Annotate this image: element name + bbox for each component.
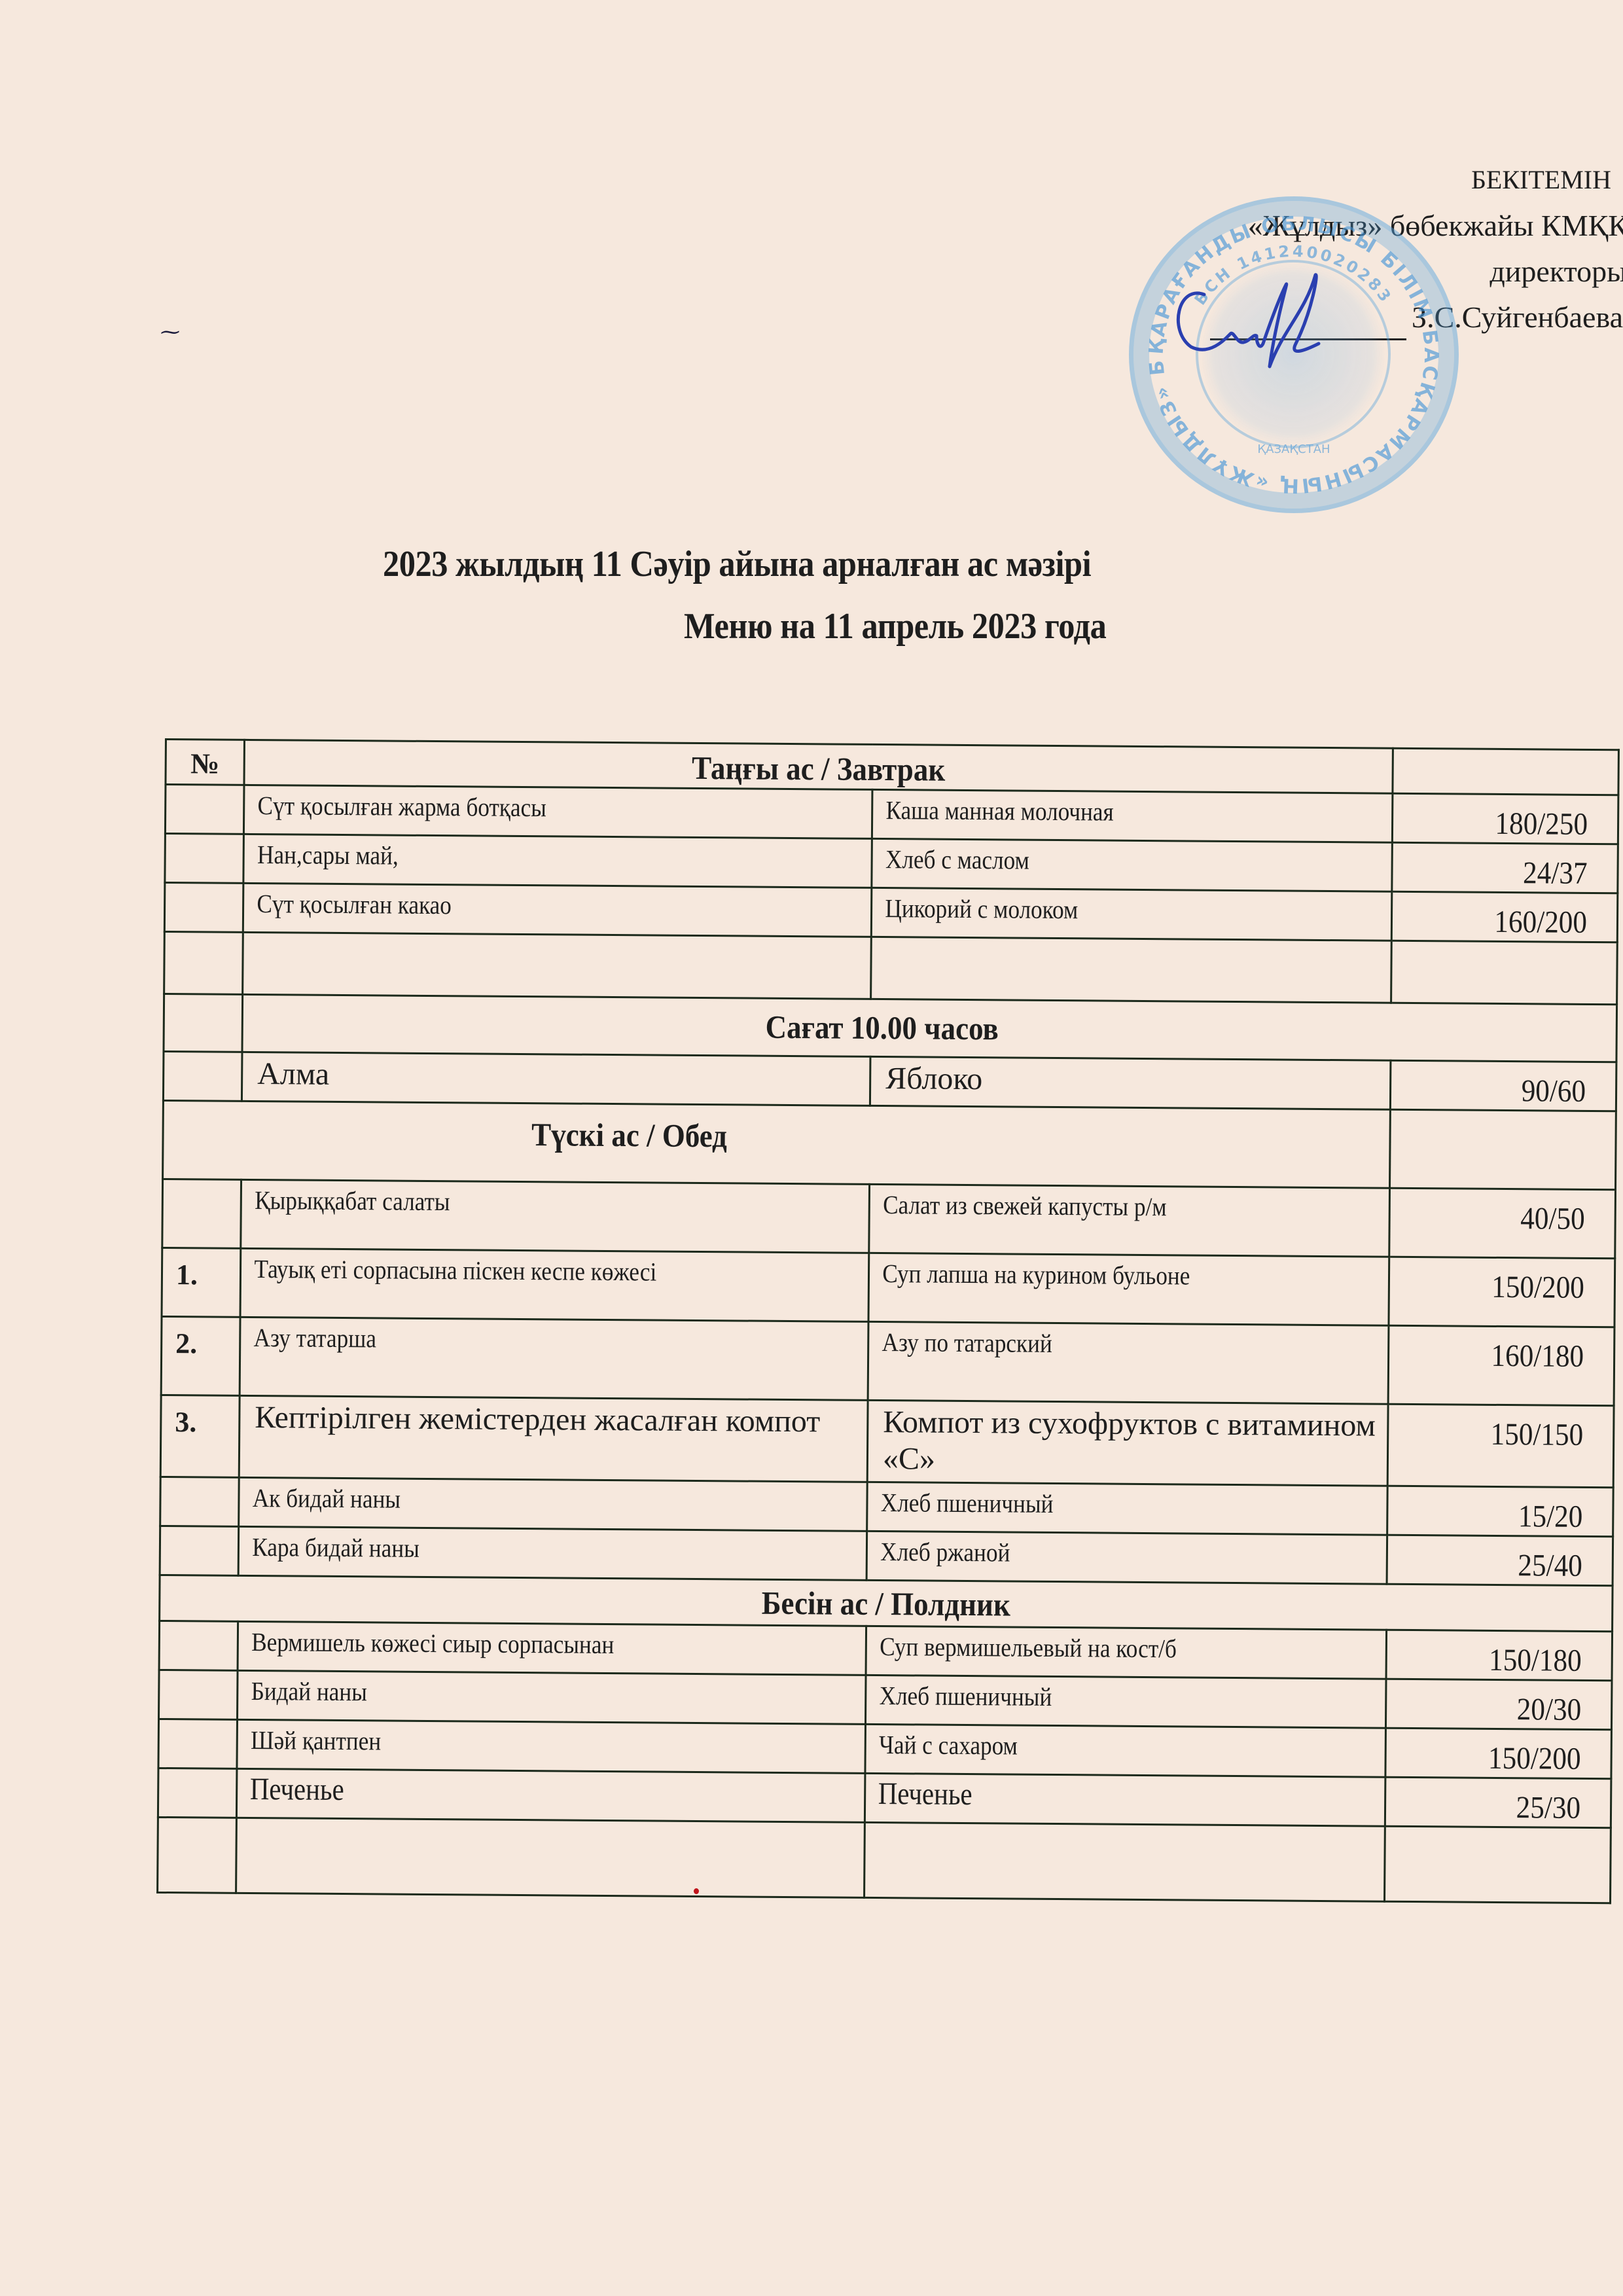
dish-ru-cell: Хлеб пшеничный (865, 1675, 1386, 1728)
dish-ru-text: Хлеб ржаной (868, 1532, 1324, 1572)
num-text (164, 1180, 240, 1190)
dish-ru-text: Хлеб пшеничный (868, 1483, 1324, 1523)
dish-kz-cell: Кара бидай наны (238, 1526, 867, 1580)
dish-kz-cell: Сүт қосылған какао (243, 883, 872, 937)
dish-kz-cell: Бидай наны (238, 1670, 866, 1724)
num-text (166, 933, 242, 942)
num-text (160, 1720, 236, 1730)
num-text (166, 884, 242, 893)
menu-row: Қырыққабат салатыСалат из свежей капусты… (162, 1179, 1616, 1258)
dish-kz-cell: Тауық еті сорпасына піскен кеспе көжесі (240, 1248, 869, 1321)
weight-text: 150/200 (1412, 1258, 1614, 1306)
num-text (166, 834, 243, 844)
snack-header-row: Сағат 10.00 часов (164, 994, 1617, 1062)
dish-ru-cell: Салат из свежей капусты р/м (869, 1184, 1390, 1257)
dish-ru-cell: Азу по татарский (868, 1321, 1389, 1404)
weight-text: 160/200 (1415, 893, 1616, 941)
dish-kz-text: Кептірілген жемістерден жасалған компот (240, 1397, 866, 1441)
num-cell: 3. (160, 1395, 240, 1477)
weight-cell: 90/60 (1390, 1060, 1616, 1111)
weight-text: 20/30 (1409, 1680, 1611, 1729)
dish-kz-cell (236, 1818, 865, 1897)
weight-cell: 40/50 (1389, 1188, 1616, 1259)
weight-text (1408, 1827, 1610, 1839)
dish-ru-text: Салат из свежей капусты р/м (870, 1185, 1327, 1225)
num-cell (162, 1179, 241, 1248)
weight-header-empty (1393, 748, 1618, 795)
menu-row: 1.Тауық еті сорпасына піскен кеспе көжес… (162, 1247, 1615, 1327)
weight-text: 25/40 (1410, 1536, 1612, 1585)
dish-kz-text: Азу татарша (241, 1318, 793, 1359)
dish-ru-cell (871, 937, 1392, 1003)
num-cell: 2. (161, 1316, 240, 1395)
menu-table: № Таңғы ас / Завтрак Сүт қосылған жарма … (156, 738, 1620, 1904)
dish-kz-text: Шәй қантпен (238, 1721, 790, 1761)
page-title-kz: 2023 жылдың 11 Сәуір айына арналған ас м… (383, 543, 1623, 585)
dish-kz-text: Сүт қосылған жарма ботқасы (245, 786, 796, 827)
dish-ru-cell: Чай с сахаром (865, 1724, 1386, 1777)
weight-empty (1390, 1109, 1616, 1190)
dish-ru-text: Каша манная молочная (873, 791, 1329, 831)
weight-cell (1391, 941, 1618, 1005)
num-cell (158, 1817, 237, 1893)
dish-ru-cell: Компот из сухофруктов с витамином «С» (867, 1400, 1388, 1486)
dish-ru-cell: Хлеб пшеничный (867, 1482, 1388, 1535)
weight-text: 150/180 (1410, 1631, 1611, 1679)
num-cell (163, 1051, 242, 1101)
num-cell (164, 994, 243, 1052)
num-text (159, 1818, 236, 1828)
dish-ru-cell: Хлеб ржаной (866, 1531, 1387, 1584)
num-cell (164, 883, 243, 933)
dish-ru-cell: Цикорий с молоком (871, 888, 1392, 941)
dish-ru-text: Чай с сахаром (866, 1725, 1323, 1765)
dish-ru-cell (865, 1822, 1385, 1901)
weight-cell: 20/30 (1385, 1679, 1612, 1730)
weight-text: 25/30 (1408, 1778, 1610, 1827)
dish-kz-text: Печенье (238, 1770, 770, 1810)
dish-ru-text: Компот из сухофруктов с витамином «С» (868, 1401, 1387, 1481)
dish-ru-text: Печенье (866, 1774, 1307, 1814)
dish-kz-cell: Қырыққабат салаты (241, 1179, 870, 1253)
dish-kz-cell: Вермишель көжесі сиыр сорпасынан (238, 1621, 866, 1675)
weight-text: 150/200 (1409, 1729, 1611, 1778)
weight-cell: 150/200 (1389, 1257, 1615, 1327)
weight-text: 15/20 (1410, 1487, 1612, 1535)
menu-table-wrap: № Таңғы ас / Завтрак Сүт қосылған жарма … (157, 738, 1618, 1837)
weight-cell: 25/40 (1387, 1535, 1613, 1586)
dish-ru-text: Цикорий с молоком (872, 889, 1329, 929)
dish-kz-text: Кара бидай наны (240, 1528, 791, 1568)
signature-icon (1165, 272, 1329, 396)
scan-artifact-mark: ⁓ (160, 321, 180, 344)
weight-text: 24/37 (1416, 844, 1617, 892)
weight-cell: 150/150 (1387, 1404, 1614, 1488)
num-text (159, 1769, 236, 1779)
weight-text (1415, 942, 1616, 954)
num-text (160, 1671, 236, 1681)
num-text: 2. (162, 1318, 239, 1361)
num-cell (165, 785, 244, 834)
dish-ru-text: Хлеб пшеничный (866, 1676, 1323, 1716)
page-title-ru: Меню на 11 апрель 2023 года (684, 605, 1623, 647)
weight-cell: 24/37 (1392, 842, 1618, 893)
weight-text: 160/180 (1412, 1327, 1613, 1375)
dish-kz-cell: Кептірілген жемістерден жасалған компот (239, 1395, 868, 1482)
menu-row: 2.Азу татарша Азу по татарский160/180 (161, 1316, 1614, 1405)
dish-ru-cell: Хлеб с маслом (872, 838, 1393, 891)
num-cell (159, 1621, 238, 1670)
dish-ru-cell: Суп вермишельевый на кост/б (866, 1626, 1387, 1679)
dish-kz-text: Вермишель көжесі сиыр сорпасынан (239, 1623, 791, 1663)
weight-cell: 150/180 (1386, 1630, 1613, 1681)
num-cell: 1. (162, 1247, 241, 1317)
num-header: № (166, 740, 245, 785)
num-text (166, 785, 243, 795)
weight-text: 180/250 (1416, 795, 1617, 843)
num-text (160, 1622, 237, 1632)
num-cell (160, 1477, 240, 1526)
num-text (161, 1527, 238, 1537)
dish-kz-cell (243, 932, 872, 999)
menu-row (164, 932, 1618, 1005)
lunch-header-row: Түскі ас / Обед (163, 1100, 1616, 1189)
dish-kz-cell: Печенье (236, 1768, 865, 1822)
menu-row (158, 1817, 1611, 1903)
num-text: 1. (163, 1249, 240, 1292)
num-cell (164, 932, 243, 995)
dish-ru-cell: Суп лапша на курином бульоне (868, 1253, 1389, 1325)
section-lunch: Түскі ас / Обед (163, 1100, 1391, 1188)
weight-cell: 150/200 (1385, 1728, 1612, 1779)
approval-heading: БЕКІТЕМІН (1126, 157, 1623, 203)
dish-ru-text: Азу по татарский (869, 1323, 1325, 1363)
dish-kz-cell: Нан,сары май, (243, 834, 872, 888)
dish-kz-text: Тауық еті сорпасына піскен кеспе көжесі (241, 1249, 793, 1290)
weight-cell (1385, 1826, 1611, 1903)
section-breakfast: Таңғы ас / Завтрак (244, 740, 1393, 793)
weight-cell: 180/250 (1392, 793, 1618, 844)
dish-kz-cell: Алма (241, 1052, 870, 1105)
weight-text: 90/60 (1414, 1062, 1615, 1110)
dish-kz-cell: Азу татарша (240, 1317, 868, 1400)
num-text (162, 1478, 238, 1488)
num-text (164, 1052, 241, 1062)
dish-ru-text: Суп лапша на курином бульоне (870, 1254, 1326, 1294)
dish-ru-cell: Каша манная молочная (872, 789, 1393, 842)
dish-kz-cell: Ак бидай наны (239, 1477, 868, 1531)
weight-text: 150/150 (1411, 1405, 1613, 1454)
dish-ru-text: Суп вермишельевый на кост/б (867, 1627, 1323, 1667)
weight-cell: 25/30 (1385, 1777, 1611, 1828)
dish-kz-text: Қырыққабат салаты (242, 1181, 794, 1221)
dish-ru-cell: Яблоко (870, 1056, 1391, 1109)
dish-kz-text: Сүт қосылған какао (244, 884, 796, 925)
dish-kz-cell: Сүт қосылған жарма ботқасы (243, 785, 872, 838)
weight-text: 40/50 (1413, 1189, 1614, 1238)
dish-kz-text: Ак бидай наны (240, 1479, 791, 1519)
menu-row: 3.Кептірілген жемістерден жасалған компо… (160, 1395, 1614, 1487)
dish-kz-cell: Шәй қантпен (237, 1719, 866, 1773)
weight-cell: 160/200 (1391, 891, 1618, 942)
num-cell (165, 834, 244, 884)
num-cell (160, 1526, 239, 1575)
num-text: 3. (162, 1396, 238, 1439)
num-cell (158, 1719, 238, 1768)
dish-ru-text: Яблоко (871, 1058, 1389, 1101)
dish-kz-text: Бидай наны (238, 1672, 790, 1712)
weight-cell: 15/20 (1387, 1486, 1614, 1537)
num-cell (158, 1768, 237, 1818)
dish-ru-text: Хлеб с маслом (872, 840, 1329, 880)
dish-kz-text: Нан,сары май, (245, 835, 796, 876)
dish-kz-text: Алма (243, 1053, 869, 1097)
dish-ru-cell: Печенье (865, 1773, 1385, 1826)
weight-cell: 160/180 (1388, 1325, 1614, 1406)
num-cell (159, 1670, 238, 1719)
section-snack10: Сағат 10.00 часов (242, 994, 1617, 1062)
